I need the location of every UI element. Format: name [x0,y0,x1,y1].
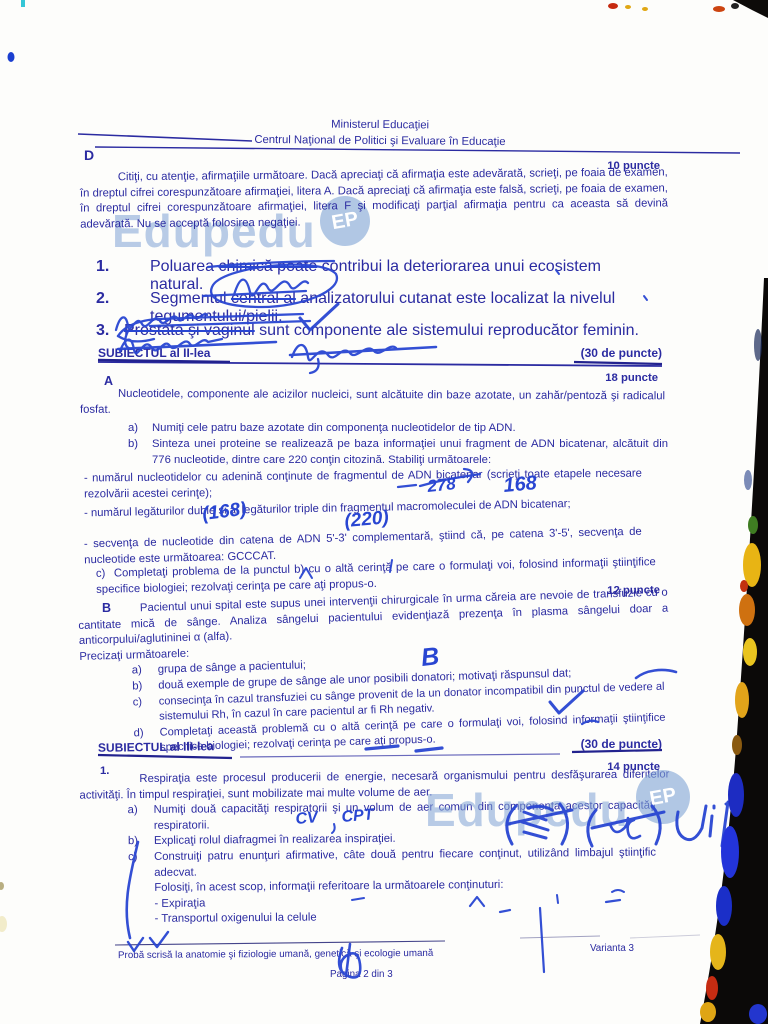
section-a-intro: Nucleotidele, componente ale acizilor nu… [80,387,665,421]
a-item-b: b) Sinteza unei proteine se realizează p… [128,437,668,468]
a-item-a-letter: a) [128,421,152,437]
question-1-number: 1. [96,258,114,294]
part-d-label: D [84,148,94,164]
question-2-number: 2. [96,290,114,326]
a-item-c-letter: c) [96,568,106,580]
a-item-a: a) Numiţi cele patru baze azotate din co… [128,421,663,437]
question-1-struck: chimică poate [219,258,318,275]
a-item-a-text: Numiţi cele patru baze azotate din compo… [152,421,516,437]
footer-exam-name: Probă scrisă la anatomie şi fiziologie u… [118,946,433,964]
question-3: 3. Prostata şi vaginul sunt componente a… [96,322,676,340]
question-1-text: Poluarea [150,258,219,275]
part-d-instructions: Citiţi, cu atenţie, afirmaţiile următoar… [80,165,669,233]
footer-variant: Varianta 3 [590,941,634,957]
footer-page-number: Pagina 2 din 3 [330,967,393,983]
scanned-exam-page: Edupedu EP Edupedu EP Ministerul Educaţi… [0,0,768,1024]
question-1: 1. Poluarea chimică poate contribui la d… [96,258,656,294]
question-3-number: 3. [96,322,114,340]
item-1-number: 1. [100,764,109,780]
header: Ministerul Educaţiei Centrul Naţional de… [80,115,680,151]
a-item-b-text: Sinteza unei proteine se realizează pe b… [152,437,668,468]
section-b-label: B [102,601,111,617]
s3-bullet-oxygen: - Transportul oxigenului la celule [155,908,671,928]
section-b-block: Pacientul unui spital este supus unei in… [78,586,672,759]
subject-3-title: SUBIECTUL al III-lea [98,739,214,756]
a-item-b-letter: b) [128,437,152,468]
edupedu-watermark-text-2: Edupedu [425,783,629,837]
item-1-points: 14 puncte [556,760,660,776]
s3-item-c-text: Construiţi patru enunţuri afirmative, câ… [154,846,656,882]
question-2-struck: central al [231,290,296,307]
section-a-points: 18 puncte [556,371,658,387]
s3-item-c: c) Construiţi patru enunţuri afirmative,… [80,845,670,881]
section-b-points: 12 puncte [556,583,660,600]
question-3-text: sunt componente ale sistemului reproducă… [255,322,639,339]
subject-2-title: SUBIECTUL al II-lea [98,346,210,362]
question-2-text: Segmentul [150,290,231,307]
question-3-struck: Prostata şi vaginul [124,322,255,339]
question-2: 2. Segmentul central al analizatorului c… [96,290,676,326]
subject-2-points: (30 de puncte) [560,346,662,362]
subject-3-points: (30 de puncte) [560,737,662,753]
